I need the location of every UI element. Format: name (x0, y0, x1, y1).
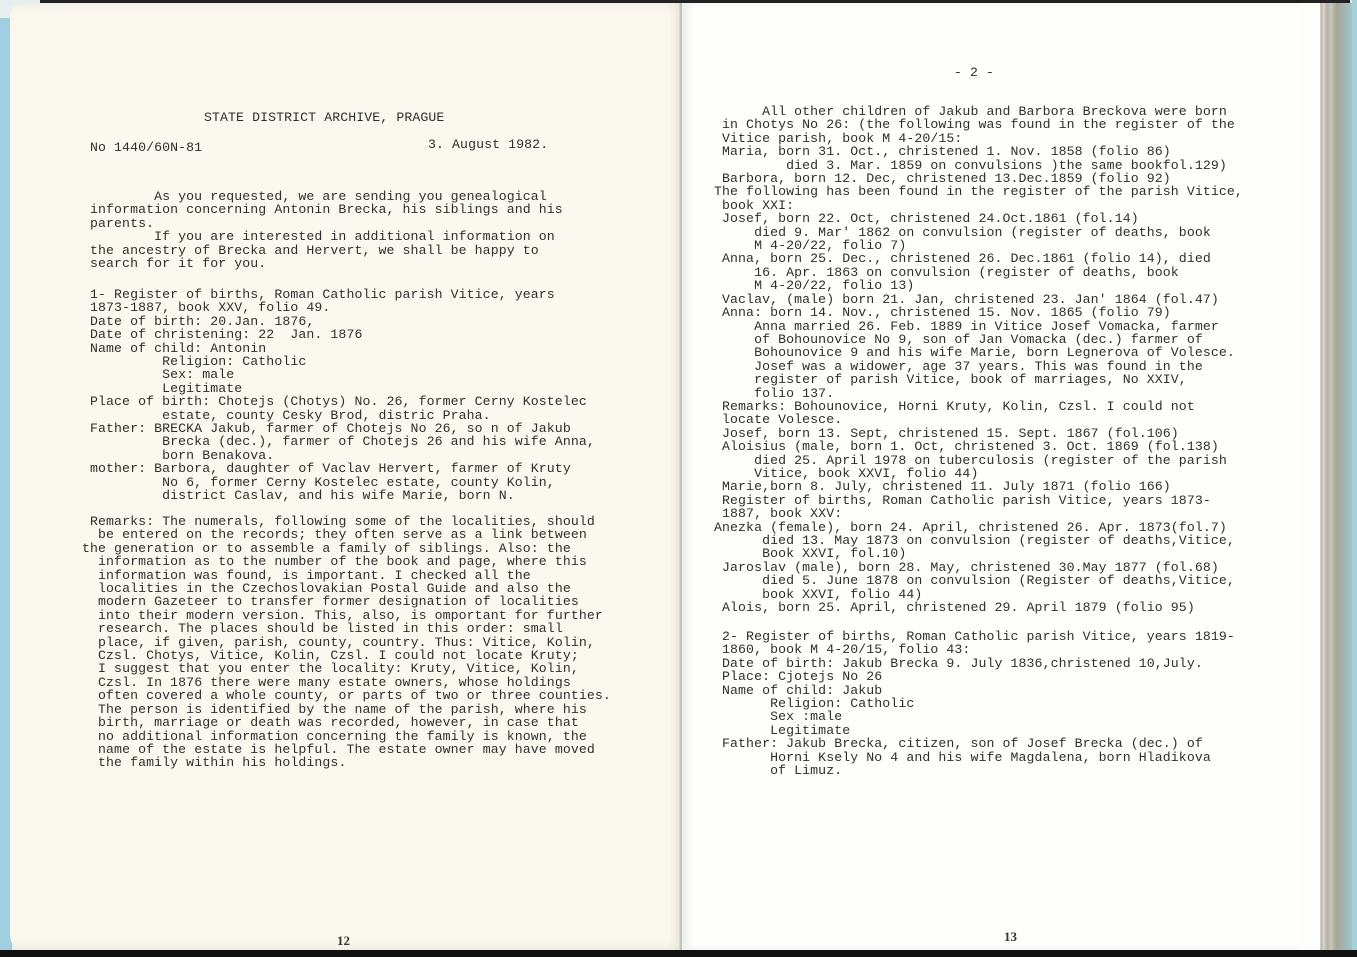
page-header: - 2 - (954, 66, 994, 79)
sibling-records: All other children of Jakub and Barbora … (714, 105, 1243, 614)
remarks-paragraph: Remarks: The numerals, following some of… (82, 515, 611, 770)
page-edges-stack (1300, 3, 1352, 950)
birth-record-antonin: 1- Register of births, Roman Catholic pa… (90, 288, 595, 503)
birth-record-jakub: 2- Register of births, Roman Catholic pa… (714, 630, 1235, 777)
scan-bottom-border (0, 950, 1357, 957)
book-right-edge (1352, 0, 1357, 957)
archive-header: STATE DISTRICT ARCHIVE, PRAGUE (204, 111, 444, 124)
left-page: STATE DISTRICT ARCHIVE, PRAGUE No 1440/6… (10, 3, 682, 950)
page-number-right: 13 (1004, 929, 1017, 945)
page-number-left: 12 (337, 933, 350, 949)
intro-paragraph: As you requested, we are sending you gen… (90, 190, 563, 270)
reference-number: No 1440/60N-81 (90, 141, 202, 154)
letter-date: 3. August 1982. (428, 138, 548, 151)
right-page: - 2 - All other children of Jakub and Ba… (682, 3, 1302, 950)
